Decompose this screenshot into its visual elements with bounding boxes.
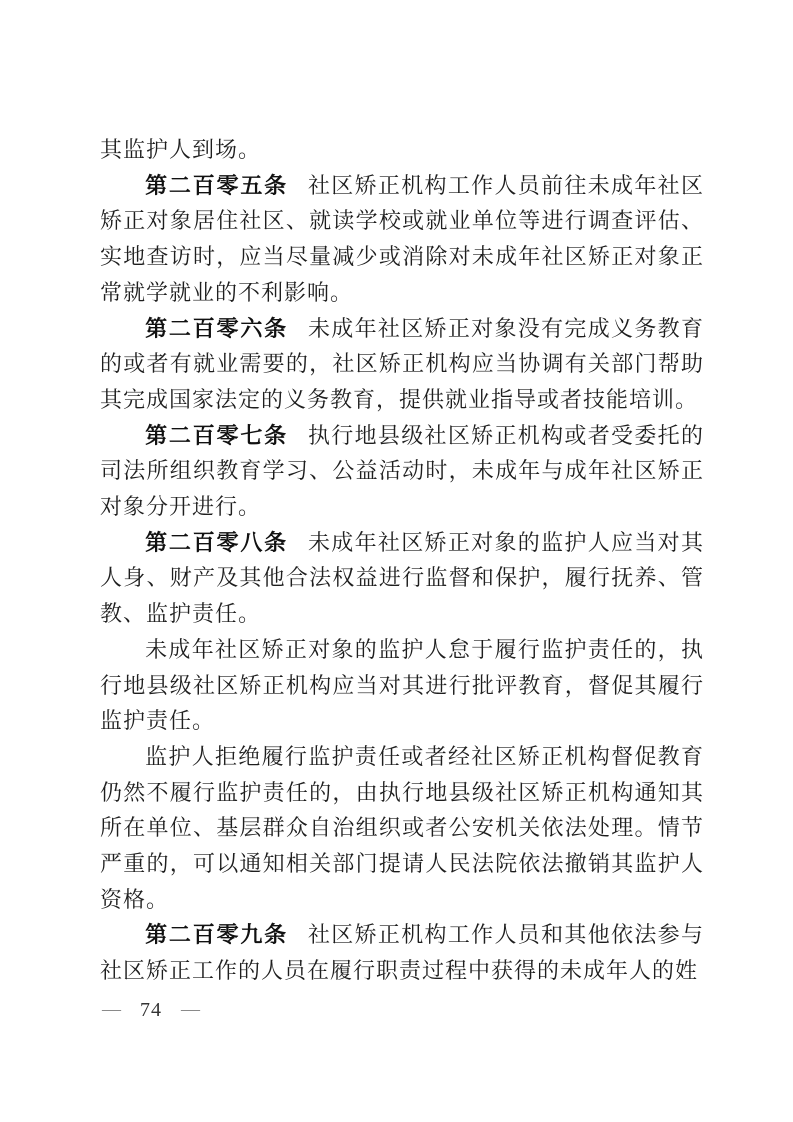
- text-block: 其监护人到场。 第二百零五条社区矫正机构工作人员前往未成年社区矫正对象居住社区、…: [100, 132, 704, 989]
- paragraph-text: 其监护人到场。: [100, 137, 261, 162]
- article-206-number: 第二百零六条: [145, 316, 288, 341]
- document-page: 其监护人到场。 第二百零五条社区矫正机构工作人员前往未成年社区矫正对象居住社区、…: [0, 0, 793, 1122]
- article-205: 第二百零五条社区矫正机构工作人员前往未成年社区矫正对象居住社区、就读学校或就业单…: [100, 168, 704, 311]
- article-207-number: 第二百零七条: [145, 423, 288, 448]
- article-208-para-3-text: 监护人拒绝履行监护责任或者经社区矫正机构督促教育仍然不履行监护责任的，由执行地县…: [100, 744, 704, 912]
- article-209-number: 第二百零九条: [145, 922, 288, 947]
- article-208-para-2-text: 未成年社区矫正对象的监护人怠于履行监护责任的，执行地县级社区矫正机构应当对其进行…: [100, 637, 704, 733]
- article-208-number: 第二百零八条: [145, 530, 288, 555]
- article-208: 第二百零八条未成年社区矫正对象的监护人应当对其人身、财产及其他合法权益进行监督和…: [100, 525, 704, 632]
- article-208-para-2: 未成年社区矫正对象的监护人怠于履行监护责任的，执行地县级社区矫正机构应当对其进行…: [100, 632, 704, 739]
- article-208-para-3: 监护人拒绝履行监护责任或者经社区矫正机构督促教育仍然不履行监护责任的，由执行地县…: [100, 739, 704, 918]
- footer-right-dash: —: [181, 999, 200, 1021]
- page-footer: — 74 —: [102, 999, 200, 1022]
- article-206: 第二百零六条未成年社区矫正对象没有完成义务教育的或者有就业需要的，社区矫正机构应…: [100, 311, 704, 418]
- article-209: 第二百零九条社区矫正机构工作人员和其他依法参与社区矫正工作的人员在履行职责过程中…: [100, 917, 704, 988]
- article-207: 第二百零七条执行地县级社区矫正机构或者受委托的司法所组织教育学习、公益活动时，未…: [100, 418, 704, 525]
- page-number: 74: [140, 999, 162, 1022]
- paragraph-continuation: 其监护人到场。: [100, 132, 704, 168]
- article-205-number: 第二百零五条: [145, 173, 288, 198]
- footer-left-dash: —: [102, 999, 121, 1021]
